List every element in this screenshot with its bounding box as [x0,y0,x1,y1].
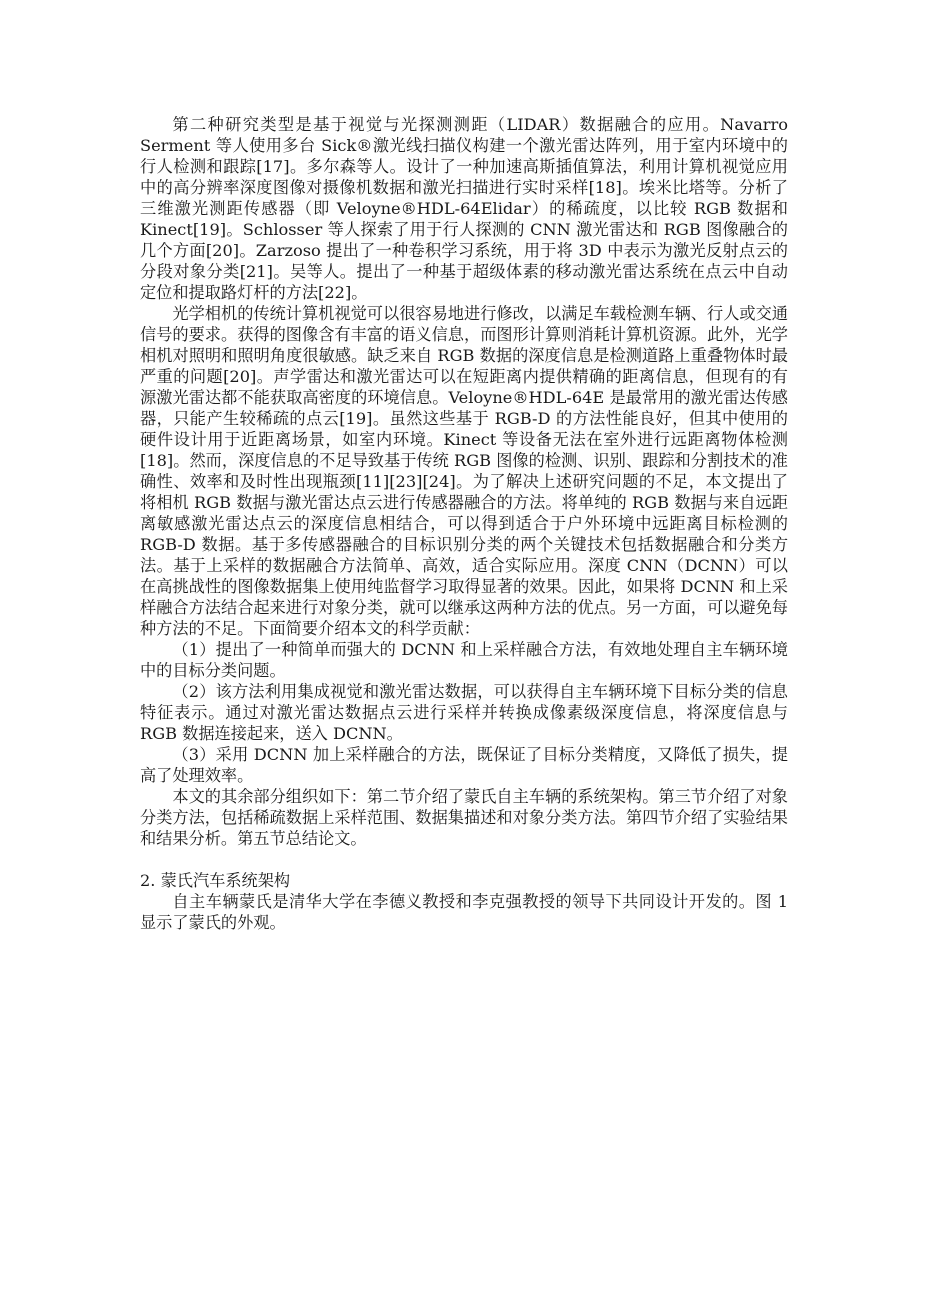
paragraph-paper-organization: 本文的其余部分组织如下：第二节介绍了蒙氏自主车辆的系统架构。第三节介绍了对象分类… [140,786,788,849]
paragraph-vehicle-intro: 自主车辆蒙氏是清华大学在李德义教授和李克强教授的领导下共同设计开发的。图 1 显… [140,891,788,933]
document-page: 第二种研究类型是基于视觉与光探测测距（LIDAR）数据融合的应用。Navarro… [140,114,788,933]
paragraph-motivation: 光学相机的传统计算机视觉可以很容易地进行修改，以满足车载检测车辆、行人或交通信号… [140,303,788,639]
contribution-item-2: （2）该方法利用集成视觉和激光雷达数据，可以获得自主车辆环境下目标分类的信息特征… [140,681,788,744]
contribution-item-3: （3）采用 DCNN 加上采样融合的方法，既保证了目标分类精度，又降低了损失，提… [140,744,788,786]
contribution-item-1: （1）提出了一种简单而强大的 DCNN 和上采样融合方法，有效地处理自主车辆环境… [140,639,788,681]
section-heading: 2. 蒙氏汽车系统架构 [140,870,788,891]
paragraph-lidar-fusion-review: 第二种研究类型是基于视觉与光探测测距（LIDAR）数据融合的应用。Navarro… [140,114,788,303]
